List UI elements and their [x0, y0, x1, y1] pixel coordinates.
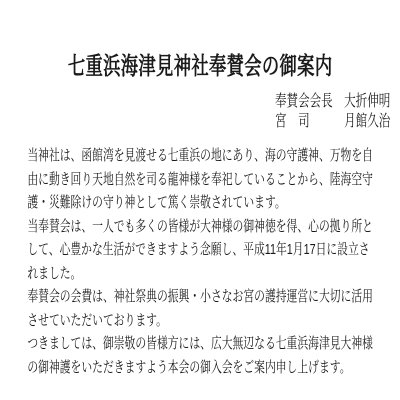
body-line: して、心豊かな生活ができますよう念願し、平成11年1月17日に設立さ — [27, 238, 373, 262]
body-line: 由に動き回り天地自然を司る龍神様を奉祀していることから、陸海空守 — [27, 168, 373, 192]
signature-block: 奉賛会会長大折伸明 宮 司月館久治 — [275, 92, 390, 132]
body-line: つきましては、御崇敬の皆様方には、広大無辺なる七重浜海津見大神様 — [27, 332, 373, 356]
document-page: 七重浜海津見神社奉賛会の御案内 奉賛会会長大折伸明 宮 司月館久治 当神社は、函… — [0, 0, 400, 400]
signatory-chairman-name: 大折伸明 — [344, 93, 390, 110]
signatory-chairman-role: 奉賛会会長 — [275, 92, 344, 112]
body-line: の御神護をいただきますよう本会の御入会をご案内申し上げます。 — [27, 356, 373, 380]
document-title: 七重浜海津見神社奉賛会の御案内 — [0, 46, 400, 81]
body-line: れました。 — [27, 262, 373, 286]
body-text: 当神社は、函館湾を見渡せる七重浜の地にあり、海の守護神、万物を自 由に動き回り天… — [27, 144, 373, 379]
body-line: させていただいております。 — [27, 309, 373, 333]
signatory-priest-name: 月館久治 — [344, 113, 390, 130]
body-line: 当神社は、函館湾を見渡せる七重浜の地にあり、海の守護神、万物を自 — [27, 144, 373, 168]
body-line: 奉賛会の会費は、神社祭典の振興・小さなお宮の護持運営に大切に活用 — [27, 285, 373, 309]
body-line: 当奉賛会は、一人でも多くの皆様が大神様の御神徳を得、心の拠り所と — [27, 215, 373, 239]
document-content: 七重浜海津見神社奉賛会の御案内 奉賛会会長大折伸明 宮 司月館久治 当神社は、函… — [0, 0, 400, 400]
body-line: 護・災難除けの守り神として篤く崇敬されています。 — [27, 191, 373, 215]
signatory-priest-role: 宮 司 — [275, 112, 344, 132]
signatory-chairman: 奉賛会会長大折伸明 — [275, 92, 390, 112]
signatory-priest: 宮 司月館久治 — [275, 112, 390, 132]
